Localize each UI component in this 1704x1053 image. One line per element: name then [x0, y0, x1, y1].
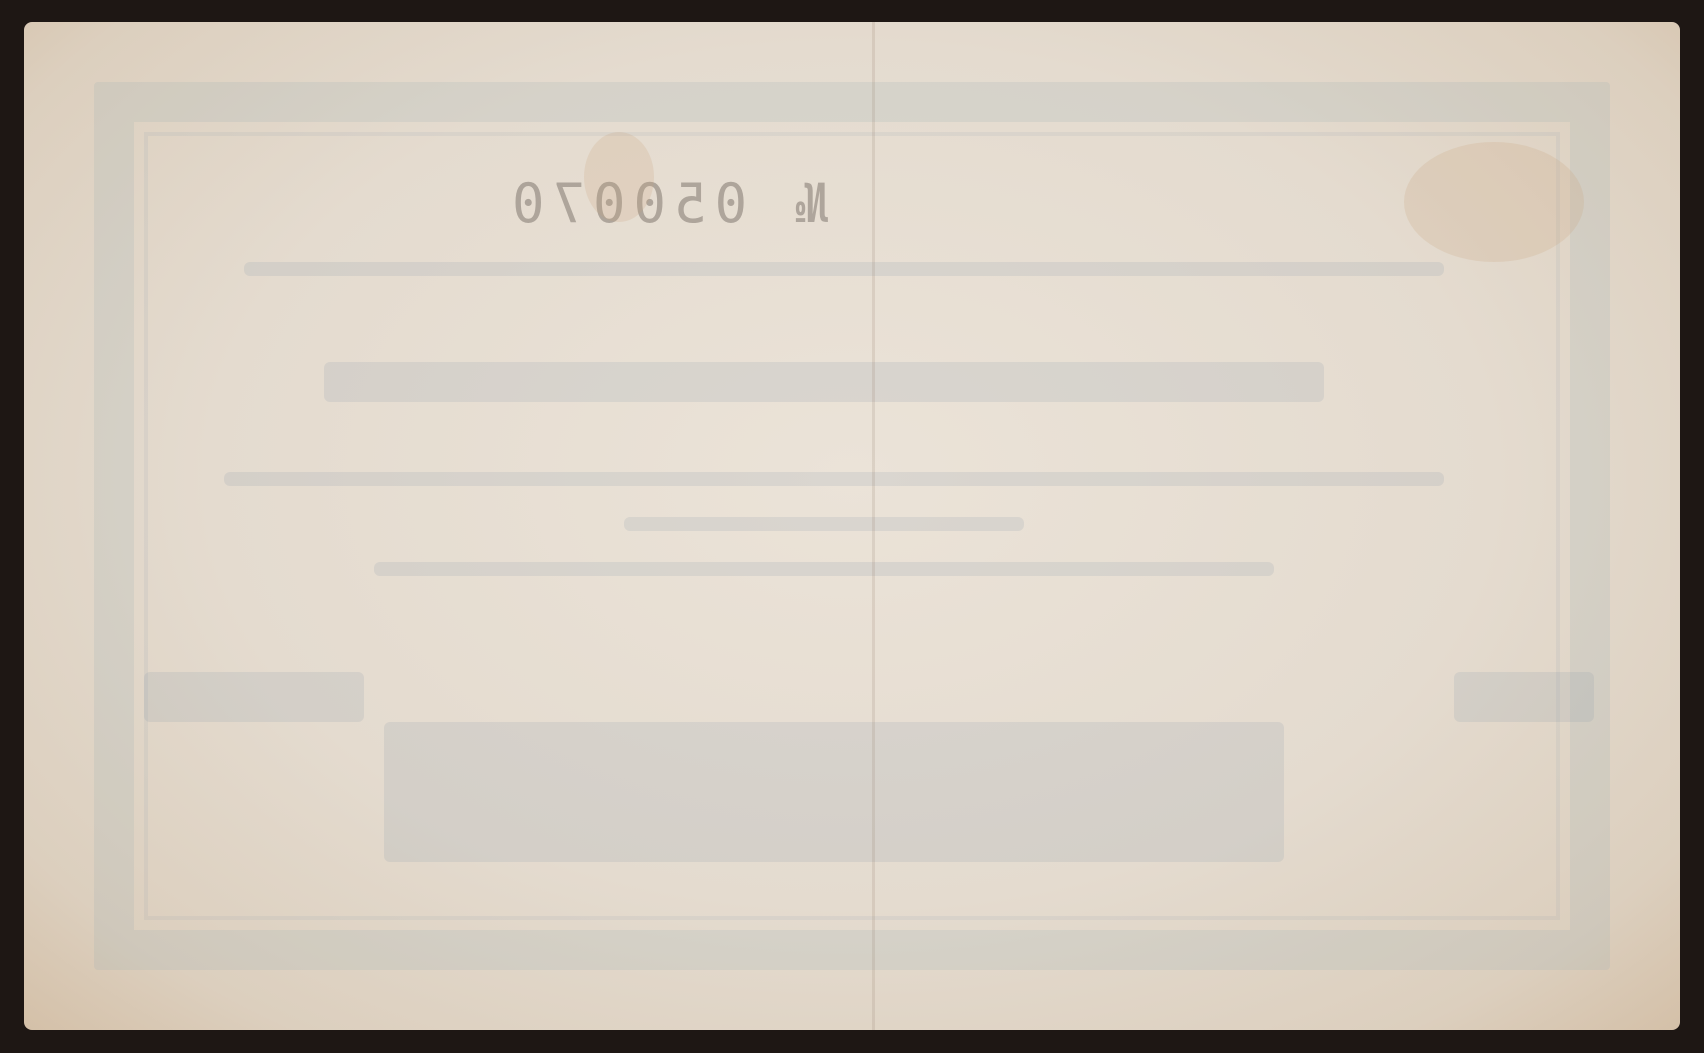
stain — [584, 132, 654, 222]
vertical-fold — [872, 22, 875, 1030]
denomination-showthrough — [324, 362, 1324, 402]
text-line-showthrough — [224, 472, 1444, 486]
banknote-paper: № 050070 — [24, 22, 1680, 1030]
corner-value-left — [144, 672, 364, 722]
stain — [1404, 142, 1584, 262]
serial-number-showthrough: № 050070 — [504, 172, 828, 235]
text-line-showthrough — [244, 262, 1444, 276]
text-line-showthrough — [374, 562, 1274, 576]
text-line-showthrough — [624, 517, 1024, 531]
corner-value-right — [1454, 672, 1594, 722]
signature-block-showthrough — [384, 722, 1284, 862]
